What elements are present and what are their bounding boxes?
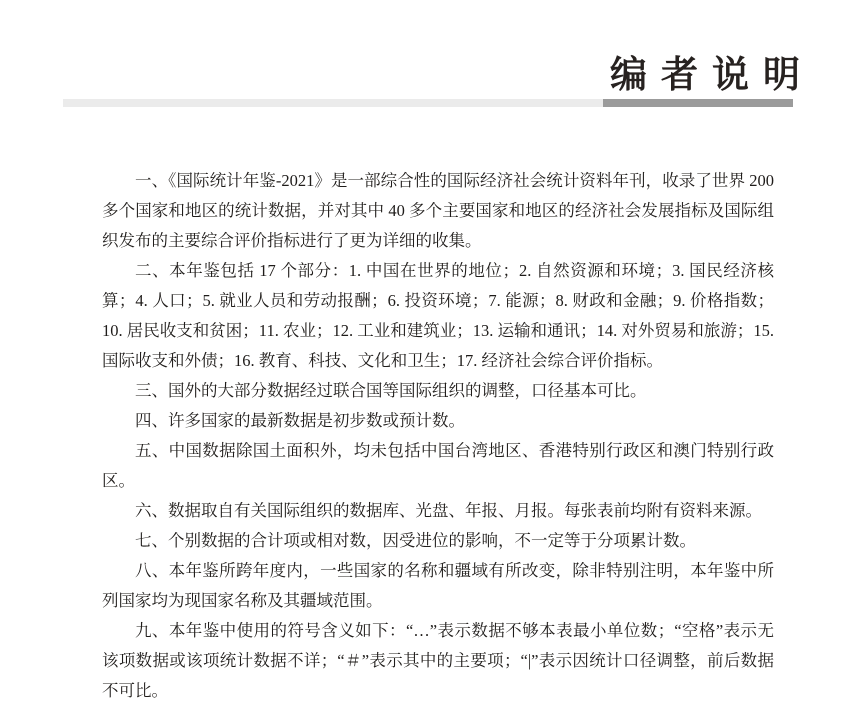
editor-notes: 一、《国际统计年鉴-2021》是一部综合性的国际经济社会统计资料年刊，收录了世界…	[102, 166, 774, 706]
paragraph-5: 五、中国数据除国土面积外，均未包括中国台湾地区、香港特别行政区和澳门特别行政区。	[102, 436, 774, 496]
divider-dark-segment	[603, 99, 793, 107]
title-divider	[63, 99, 793, 107]
paragraph-1: 一、《国际统计年鉴-2021》是一部综合性的国际经济社会统计资料年刊，收录了世界…	[102, 166, 774, 256]
paragraph-4: 四、许多国家的最新数据是初步数或预计数。	[102, 406, 774, 436]
paragraph-2: 二、本年鉴包括 17 个部分：1. 中国在世界的地位；2. 自然资源和环境；3.…	[102, 256, 774, 376]
paragraph-9: 九、本年鉴中使用的符号含义如下：“…”表示数据不够本表最小单位数；“空格”表示无…	[102, 616, 774, 706]
document-page: 编者说明 一、《国际统计年鉴-2021》是一部综合性的国际经济社会统计资料年刊，…	[0, 0, 864, 725]
divider-light-segment	[63, 99, 603, 107]
paragraph-7: 七、个别数据的合计项或相对数，因受进位的影响，不一定等于分项累计数。	[102, 526, 774, 556]
paragraph-6: 六、数据取自有关国际组织的数据库、光盘、年报、月报。每张表前均附有资料来源。	[102, 496, 774, 526]
paragraph-8: 八、本年鉴所跨年度内，一些国家的名称和疆域有所改变，除非特别注明，本年鉴中所列国…	[102, 556, 774, 616]
page-title: 编者说明	[610, 54, 814, 96]
paragraph-3: 三、国外的大部分数据经过联合国等国际组织的调整，口径基本可比。	[102, 376, 774, 406]
